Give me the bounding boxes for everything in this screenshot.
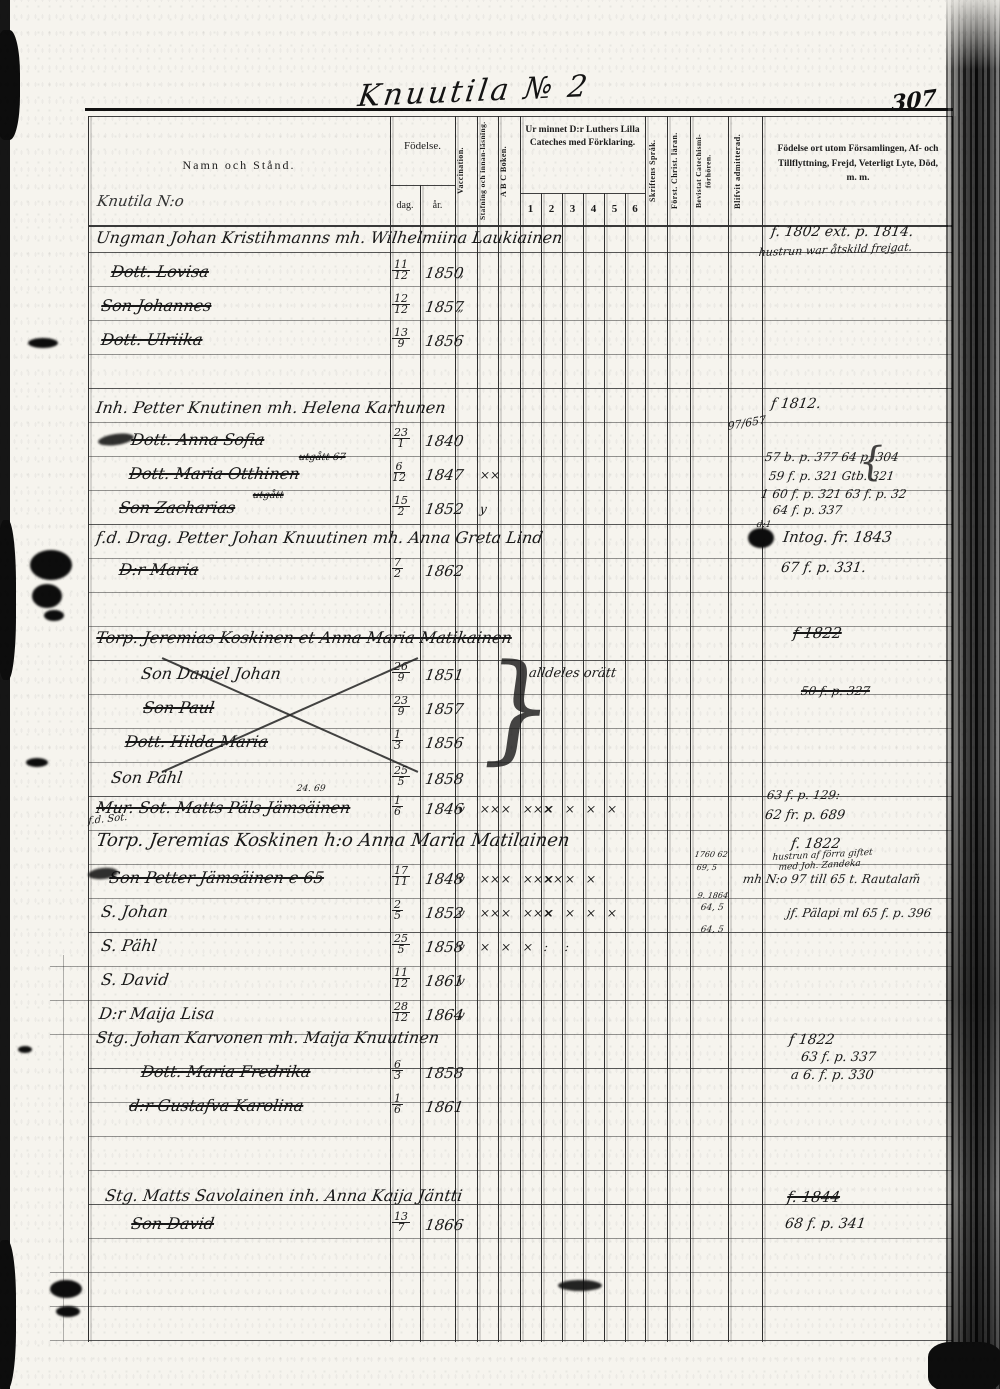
ruled-line <box>88 1272 952 1273</box>
torn-left-edge <box>0 1240 16 1389</box>
catechism-col-2: 2 <box>541 203 562 215</box>
entry-name: Mur. Sot. Matts Päls Jämsäinen <box>95 798 352 817</box>
exam-mark: v <box>457 802 466 816</box>
header-catechism-meetings: Bevistat Catechismi-förhören. <box>694 120 724 222</box>
ruled-line <box>520 193 645 194</box>
margin-note-mf2: a 6. f. p. 330 <box>790 1068 875 1083</box>
ledger-entry-e5: S. Pähl2551858v×××:: <box>0 936 1000 970</box>
header-spelling-reading: Stafning och innan-läsning. <box>478 119 497 223</box>
header-birth: Födelse. <box>390 140 455 152</box>
exam-mark: : <box>543 940 549 954</box>
birth-day-month: 1212 <box>392 294 410 315</box>
torn-left-edge <box>0 30 20 140</box>
entry-name: Dott. Maria Otthinen <box>128 464 301 483</box>
margin-note-me10: 64, 5 <box>700 903 724 913</box>
birth-day-month: 25 <box>392 900 403 921</box>
birth-day-month: 16 <box>392 1094 403 1115</box>
entry-name: f.d. Drag. Petter Johan Knuutinen mh. An… <box>95 528 544 547</box>
birth-day-month: 231 <box>392 428 410 449</box>
margin-stain <box>28 338 58 348</box>
entry-name: Stg. Johan Karvonen mh. Maija Knuutinen <box>95 1028 440 1047</box>
exam-mark: × <box>500 802 512 816</box>
entry-name: Dott. Anna Sofia <box>130 430 266 449</box>
birth-day-month: 2812 <box>392 1002 410 1023</box>
exam-mark: × <box>479 940 491 954</box>
entry-name: S. Johan <box>100 902 169 921</box>
margin-note-me8: 69, 5 <box>696 863 718 872</box>
entry-name: Son Johannes <box>100 296 213 315</box>
margin-note-mb5: 64 f. p. 337 <box>772 503 843 517</box>
birth-year: 1866 <box>424 1216 465 1234</box>
exam-mark: „ <box>457 266 465 280</box>
exam-mark: v <box>457 1008 466 1022</box>
exam-mark: × <box>500 872 512 886</box>
exam-mark: × <box>585 872 597 886</box>
margin-stain <box>18 1046 32 1053</box>
margin-note-mx3: utgått <box>252 490 284 501</box>
entry-name: Dott. Ulriika <box>100 330 204 349</box>
margin-note-me9: 9. 1864 <box>697 891 729 900</box>
entry-name: D:r Maija Lisa <box>98 1004 216 1023</box>
exam-mark: × <box>585 906 597 920</box>
entry-name: Son Zacharias <box>118 498 237 517</box>
entry-name: d:r Gustafva Karolina <box>128 1096 305 1115</box>
ruled-line <box>88 1340 952 1341</box>
ruled-line <box>50 1272 88 1273</box>
ledger-entry-a3: Dott. Ulriika1391856 <box>0 330 1000 364</box>
exam-mark: × <box>585 802 597 816</box>
ruled-line <box>88 1306 952 1307</box>
exam-mark: × <box>564 872 576 886</box>
entry-name: Son David <box>130 1214 215 1233</box>
header-notes-col: Födelse ort utom Församlingen, Af- och T… <box>772 142 944 186</box>
margin-note-md2: 50 f. p. 327 <box>800 684 871 698</box>
birth-day-month: 1112 <box>392 968 410 989</box>
birth-day-month: 1112 <box>392 260 410 281</box>
ledger-entry-e6: S. David11121861v <box>0 970 1000 1004</box>
exam-mark: v <box>457 974 466 988</box>
name-col-annotation: Knutila N:o <box>96 192 185 210</box>
page-number: 307 <box>891 85 936 118</box>
birth-year: 1861 <box>424 1098 465 1116</box>
margin-note-me5: mh N:o 97 till 65 t. Rautalam̃ <box>742 872 921 886</box>
birth-year: 1847 <box>424 466 465 484</box>
catechism-col-6: 6 <box>625 203 645 215</box>
entry-name: Dott. Lovisa <box>110 262 210 281</box>
entry-name: Ungman Johan Kristihmanns mh. Wilhelmiin… <box>95 228 564 247</box>
exam-mark: × <box>564 802 576 816</box>
exam-mark: × <box>564 906 576 920</box>
catechism-col-4: 4 <box>583 203 604 215</box>
catechism-col-3: 3 <box>562 203 583 215</box>
header-name-col: Namn och Stånd. <box>88 158 390 173</box>
margin-note-me11: 64, 5 <box>700 925 724 935</box>
birth-day-month: 1711 <box>392 866 410 887</box>
birth-day-month: 152 <box>392 496 410 517</box>
birth-year: 1852 <box>424 500 465 518</box>
exam-mark: ×× <box>479 802 501 816</box>
birth-year: 1858 <box>424 1064 465 1082</box>
margin-note-me6: jf. Pälapi ml 65 f. p. 396 <box>786 906 932 920</box>
entry-name: Son Pähl <box>110 768 184 787</box>
margin-note-mb0: f 1812. <box>770 396 822 412</box>
birth-day-month: 137 <box>392 1212 410 1233</box>
margin-note-ma1: f. 1802 ext. p. 1814. <box>770 224 915 240</box>
title-rule <box>85 108 953 111</box>
birth-day-month: 255 <box>392 934 410 955</box>
margin-note-mb4: 1 60 f. p. 321 63 f. p. 32 <box>760 487 907 501</box>
margin-stain <box>30 550 72 580</box>
ruled-line <box>88 116 952 117</box>
birth-year: 1851 <box>424 666 465 684</box>
header-vaccination: Vaccination. <box>456 120 476 222</box>
margin-note-mg1: 68 f. p. 341 <box>784 1216 867 1232</box>
ledger-entry-a2: Son Johannes12121857„ <box>0 296 1000 330</box>
birth-year: 1862 <box>424 562 465 580</box>
margin-stain <box>50 1280 82 1298</box>
exam-mark: y <box>479 502 488 516</box>
birth-day-month: 239 <box>392 696 410 717</box>
birth-year: 1856 <box>424 734 465 752</box>
exam-mark: v <box>457 872 466 886</box>
ledger-entry-e1: Mur. Sot. Matts Päls Jämsäinen161846v×××… <box>0 798 1000 832</box>
entry-name: D:r Maria <box>118 560 200 579</box>
birth-day-month: 255 <box>392 766 410 787</box>
exam-mark: ×× <box>479 906 501 920</box>
margin-stain <box>56 1306 80 1317</box>
entry-name: Torp. Jeremias Koskinen h:o Anna Maria M… <box>95 830 571 851</box>
margin-stain <box>26 758 48 767</box>
exam-mark: × <box>500 906 512 920</box>
exam-mark: „ <box>457 300 465 314</box>
margin-note-me1: 62 fr. p. 689 <box>764 808 846 823</box>
catechism-col-5: 5 <box>604 203 625 215</box>
ruled-line <box>88 1136 952 1137</box>
entry-name: Stg. Matts Savolainen inh. Anna Kaija Jä… <box>104 1186 464 1205</box>
header-birth-day: dag. <box>390 200 420 211</box>
header-scripture-lang: Skriftens Språk. <box>648 120 666 222</box>
ink-smudge <box>558 1280 602 1291</box>
header-catechism: Ur minnet D:r Luthers Lilla Cateches med… <box>523 124 642 150</box>
ruled-line <box>390 185 455 186</box>
birth-year: 1856 <box>424 332 465 350</box>
ruled-line <box>50 1340 88 1341</box>
margin-note-mx1: 24. 69 <box>296 784 326 794</box>
ledger-entry-b3: Son Zacharias1521852y <box>0 498 1000 532</box>
entry-name: S. Pähl <box>100 936 158 955</box>
header-abc-book: A B C Boken. <box>499 120 519 222</box>
torn-left-edge <box>0 0 10 1389</box>
entry-name: Inh. Petter Knutinen mh. Helena Karhunen <box>95 398 447 417</box>
torn-left-edge <box>0 520 16 680</box>
birth-day-month: 13 <box>392 730 403 751</box>
ruled-line <box>88 1170 952 1171</box>
margin-note-mf0: f 1822 <box>788 1032 836 1048</box>
birth-day-month: 612 <box>392 462 406 483</box>
margin-note-mc0: Intog. fr. 1843 <box>782 528 893 546</box>
entry-name: Son Paul <box>142 698 216 717</box>
margin-stain <box>32 584 62 608</box>
ledger-entry-f2: d:r Gustafva Karolina161861 <box>0 1096 1000 1130</box>
entry-name: Torp. Jeremias Koskinen et Anna Maria Ma… <box>95 628 513 647</box>
birth-day-month: 139 <box>392 328 410 349</box>
exam-mark: × <box>522 940 534 954</box>
margin-note-mf1: 63 f. p. 337 <box>800 1050 877 1065</box>
ink-blot <box>748 528 774 548</box>
binding-corner <box>928 1342 1000 1389</box>
birth-day-month: 63 <box>392 1060 403 1081</box>
exam-mark: × <box>606 802 618 816</box>
ledger-entry-a1: Dott. Lovisa11121850„ <box>0 262 1000 296</box>
exam-mark: × <box>543 802 555 816</box>
catechism-col-1: 1 <box>520 203 541 215</box>
exam-mark: × <box>500 940 512 954</box>
ruled-line <box>88 388 952 389</box>
birth-day-month: 16 <box>392 796 403 817</box>
margin-note-md0: f 1822 <box>792 624 843 642</box>
entry-name: Dott. Maria Fredrika <box>140 1062 312 1081</box>
exam-mark: : <box>564 940 570 954</box>
birth-year: 1857 <box>424 700 465 718</box>
exam-mark: × <box>543 906 555 920</box>
exam-mark: × <box>543 872 555 886</box>
margin-stain <box>44 610 64 621</box>
header-admitted: Blifvit admitterad. <box>732 120 758 222</box>
margin-note-me7: 1760 62 <box>694 850 728 859</box>
birth-year: 1858 <box>424 770 465 788</box>
margin-note-mg0: f. 1844 <box>786 1188 841 1206</box>
margin-note-me0: 63 f. p. 129: <box>766 788 841 802</box>
scanned-ledger-page: Knuutila № 2 307 Namn och Stånd. Knutila… <box>0 0 1000 1389</box>
exam-mark: v <box>457 906 466 920</box>
exam-mark: ×× <box>479 468 501 482</box>
margin-note-mc1: 67 f. p. 331. <box>780 560 867 576</box>
ledger-entry-b0: Inh. Petter Knutinen mh. Helena Karhunen <box>0 398 1000 432</box>
header-christian-doctrine: Först. Christ. läran. <box>670 120 689 222</box>
birth-year: 1840 <box>424 432 465 450</box>
exam-mark: v <box>457 940 466 954</box>
header-birth-year: år. <box>420 200 455 211</box>
margin-note-mx2: utgått 67 <box>298 452 346 463</box>
binding-shadow <box>946 0 1000 1389</box>
exam-mark: ×× <box>479 872 501 886</box>
entry-name: S. David <box>100 970 170 989</box>
birth-day-month: 72 <box>392 558 403 579</box>
entry-name: Son Petter Jämsäinen e 65 <box>108 868 325 887</box>
exam-mark: × <box>606 906 618 920</box>
